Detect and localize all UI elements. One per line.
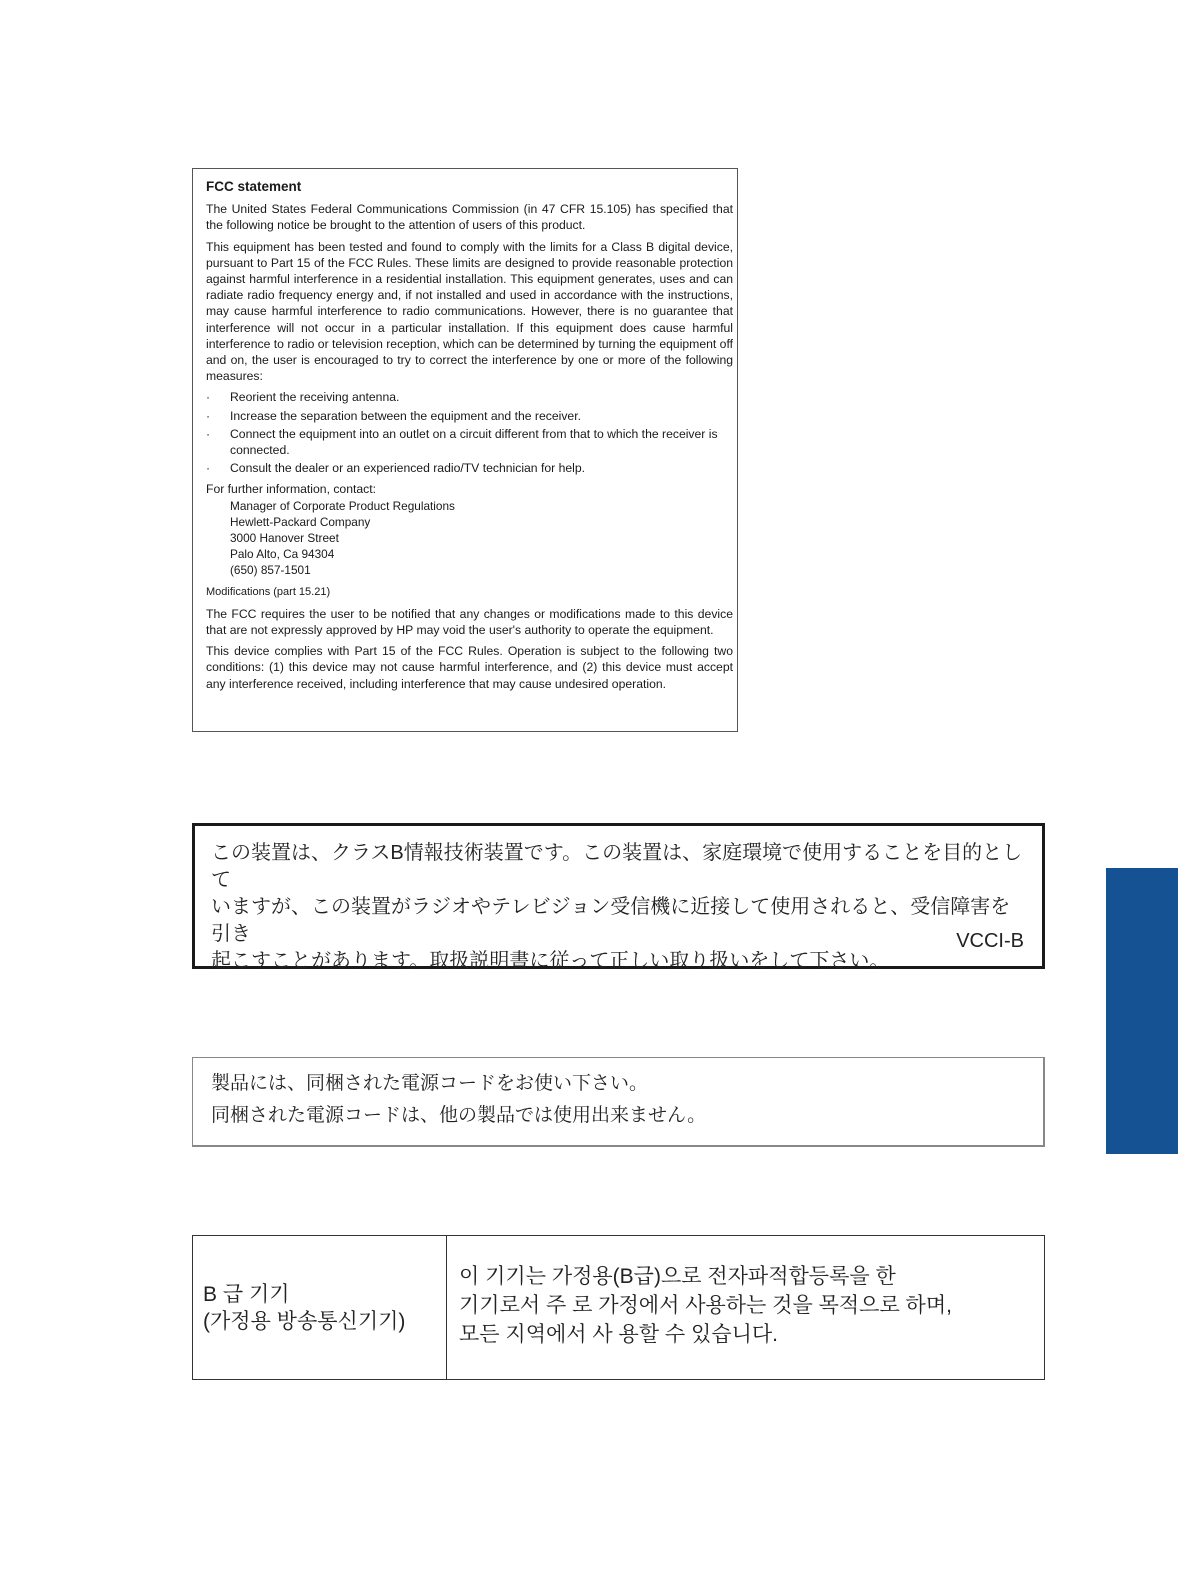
korea-description-cell: 이 기기는 가정용(B급)으로 전자파적합등록을 한 기기로서 주 로 가정에서… (447, 1236, 1044, 1379)
list-item: ·Reorient the receiving antenna. (206, 389, 733, 405)
fcc-title: FCC statement (206, 179, 733, 195)
list-item: ·Increase the separation between the equ… (206, 408, 733, 424)
list-item: ·Connect the equipment into an outlet on… (206, 426, 733, 458)
chapter-side-tab (1106, 868, 1178, 1154)
vcci-notice-box: この装置は、クラスB情報技術装置です。この装置は、家庭環境で使用することを目的と… (192, 823, 1045, 969)
bullet-icon: · (206, 460, 210, 476)
contact-intro: For further information, contact: (206, 481, 733, 497)
fcc-measures-list: ·Reorient the receiving antenna. ·Increa… (206, 389, 733, 476)
contact-line: Hewlett-Packard Company (206, 514, 733, 530)
part15-paragraph: This device complies with Part 15 of the… (206, 643, 733, 692)
power-cord-line: 同梱された電源コードは、他の製品では使用出来ません。 (211, 1100, 1027, 1132)
vcci-line: 起こすことがあります。取扱説明書に従って正しい取り扱いをして下さい。 (211, 948, 1024, 975)
contact-line: (650) 857-1501 (206, 562, 733, 578)
list-item: ·Consult the dealer or an experienced ra… (206, 460, 733, 476)
power-cord-notice-box: 製品には、同梱された電源コードをお使い下さい。 同梱された電源コードは、他の製品… (192, 1057, 1045, 1147)
power-cord-line: 製品には、同梱された電源コードをお使い下さい。 (211, 1068, 1027, 1100)
vcci-label: VCCI-B (956, 928, 1024, 955)
fcc-statement-box: FCC statement The United States Federal … (192, 168, 738, 732)
vcci-line: この装置は、クラスB情報技術装置です。この装置は、家庭環境で使用することを目的と… (211, 840, 1024, 894)
korea-class-cell: B 급 기기 (가정용 방송통신기기) (193, 1236, 447, 1379)
fcc-intro-paragraph: The United States Federal Communications… (206, 201, 733, 233)
bullet-icon: · (206, 408, 210, 424)
korea-class-b-table: B 급 기기 (가정용 방송통신기기) 이 기기는 가정용(B급)으로 전자파적… (192, 1235, 1045, 1380)
contact-line: 3000 Hanover Street (206, 530, 733, 546)
bullet-icon: · (206, 426, 210, 442)
modifications-heading: Modifications (part 15.21) (206, 584, 733, 600)
contact-line: Palo Alto, Ca 94304 (206, 546, 733, 562)
modifications-paragraph: The FCC requires the user to be notified… (206, 606, 733, 638)
bullet-icon: · (206, 389, 210, 405)
fcc-compliance-paragraph: This equipment has been tested and found… (206, 239, 733, 385)
contact-line: Manager of Corporate Product Regulations (206, 498, 733, 514)
vcci-line: いますが、この装置がラジオやテレビジョン受信機に近接して使用されると、受信障害を… (211, 894, 1024, 948)
